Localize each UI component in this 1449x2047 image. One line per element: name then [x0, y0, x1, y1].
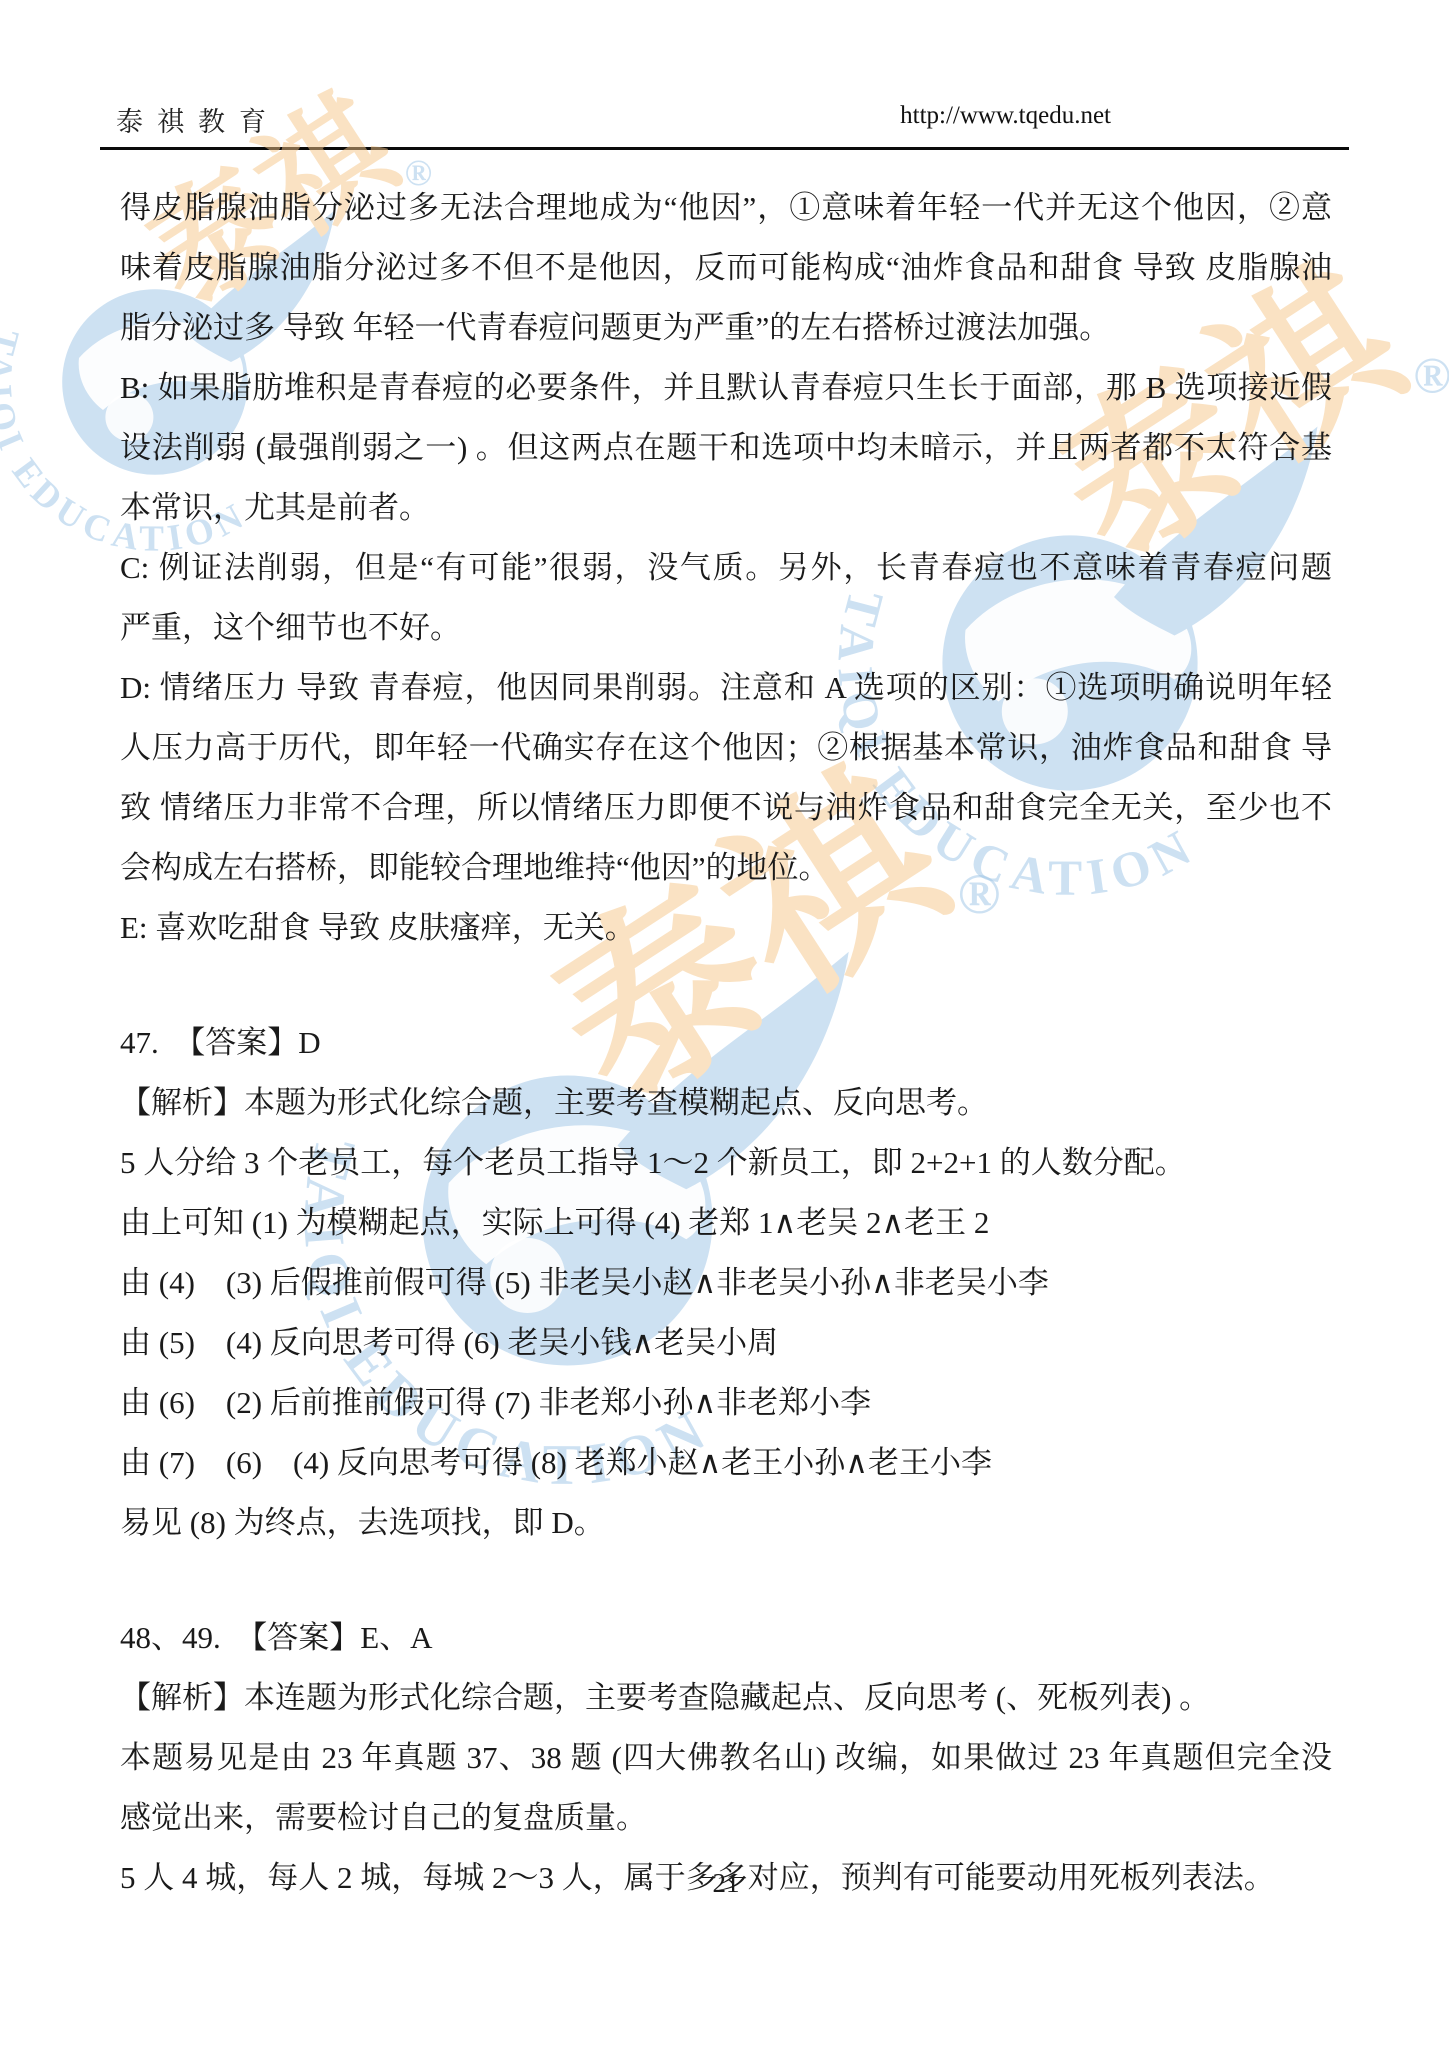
text-line: 人压力高于历代，即年轻一代确实存在这个他因；②根据基本常识，油炸食品和甜食 导 — [120, 718, 1332, 778]
document-page: { "header": { "brand": "泰祺教育", "url": "h… — [0, 0, 1449, 2047]
text-line: 易见 (8) 为终点，去选项找，即 D。 — [120, 1493, 1332, 1553]
text-line: 感觉出来，需要检讨自己的复盘质量。 — [120, 1788, 1332, 1848]
text-line: 由 (4) (3) 后假推前假可得 (5) 非老吴小赵∧非老吴小孙∧非老吴小李 — [120, 1253, 1332, 1313]
text-line: E: 喜欢吃甜食 导致 皮肤瘙痒，无关。 — [120, 898, 1332, 958]
question-47-answer-analysis: 47. 【答案】D【解析】本题为形式化综合题，主要考查模糊起点、反向思考。5 人… — [120, 1013, 1332, 1553]
text-line: 【解析】本题为形式化综合题，主要考查模糊起点、反向思考。 — [120, 1073, 1332, 1133]
text-line: 由 (6) (2) 后前推前假可得 (7) 非老郑小孙∧非老郑小李 — [120, 1373, 1332, 1433]
text-line: D: 情绪压力 导致 青春痘，他因同果削弱。注意和 A 选项的区别：①选项明确说… — [120, 658, 1332, 718]
text-line: 由 (5) (4) 反向思考可得 (6) 老吴小钱∧老吴小周 — [120, 1313, 1332, 1373]
text-line: 48、49. 【答案】E、A — [120, 1608, 1332, 1668]
page-number: 21 — [120, 1868, 1332, 1899]
question-46-options-analysis: 得皮脂腺油脂分泌过多无法合理地成为“他因”，①意味着年轻一代并无这个他因，②意味… — [120, 178, 1332, 958]
text-line: 由 (7) (6) (4) 反向思考可得 (8) 老郑小赵∧老王小孙∧老王小李 — [120, 1433, 1332, 1493]
text-line: 由上可知 (1) 为模糊起点，实际上可得 (4) 老郑 1∧老吴 2∧老王 2 — [120, 1193, 1332, 1253]
document-body: 得皮脂腺油脂分泌过多无法合理地成为“他因”，①意味着年轻一代并无这个他因，②意味… — [120, 178, 1332, 1908]
registered-mark-icon: ® — [1413, 347, 1449, 403]
text-line: 本常识，尤其是前者。 — [120, 478, 1332, 538]
text-line: 得皮脂腺油脂分泌过多无法合理地成为“他因”，①意味着年轻一代并无这个他因，②意 — [120, 178, 1332, 238]
text-line: 5 人分给 3 个老员工，每个老员工指导 1～2 个新员工，即 2+2+1 的人… — [120, 1133, 1332, 1193]
text-line: 设法削弱 (最强削弱之一) 。但这两点在题干和选项中均未暗示，并且两者都不太符合… — [120, 418, 1332, 478]
text-line: B: 如果脂肪堆积是青春痘的必要条件，并且默认青春痘只生长于面部，那 B 选项接… — [120, 358, 1332, 418]
text-line: 会构成左右搭桥，即能较合理地维持“他因”的地位。 — [120, 838, 1332, 898]
question-48-49-answer-analysis: 48、49. 【答案】E、A【解析】本连题为形式化综合题，主要考查隐藏起点、反向… — [120, 1608, 1332, 1908]
text-line: 脂分泌过多 导致 年轻一代青春痘问题更为严重”的左右搭桥过渡法加强。 — [120, 298, 1332, 358]
text-line: 【解析】本连题为形式化综合题，主要考查隐藏起点、反向思考 (、死板列表) 。 — [120, 1668, 1332, 1728]
text-line: 本题易见是由 23 年真题 37、38 题 (四大佛教名山) 改编，如果做过 2… — [120, 1728, 1332, 1788]
text-line: 味着皮脂腺油脂分泌过多不但不是他因，反而可能构成“油炸食品和甜食 导致 皮脂腺油 — [120, 238, 1332, 298]
text-line: 致 情绪压力非常不合理，所以情绪压力即便不说与油炸食品和甜食完全无关，至少也不 — [120, 778, 1332, 838]
text-line: C: 例证法削弱，但是“有可能”很弱，没气质。另外，长青春痘也不意味着青春痘问题 — [120, 538, 1332, 598]
text-line: 严重，这个细节也不好。 — [120, 598, 1332, 658]
text-line: 47. 【答案】D — [120, 1013, 1332, 1073]
